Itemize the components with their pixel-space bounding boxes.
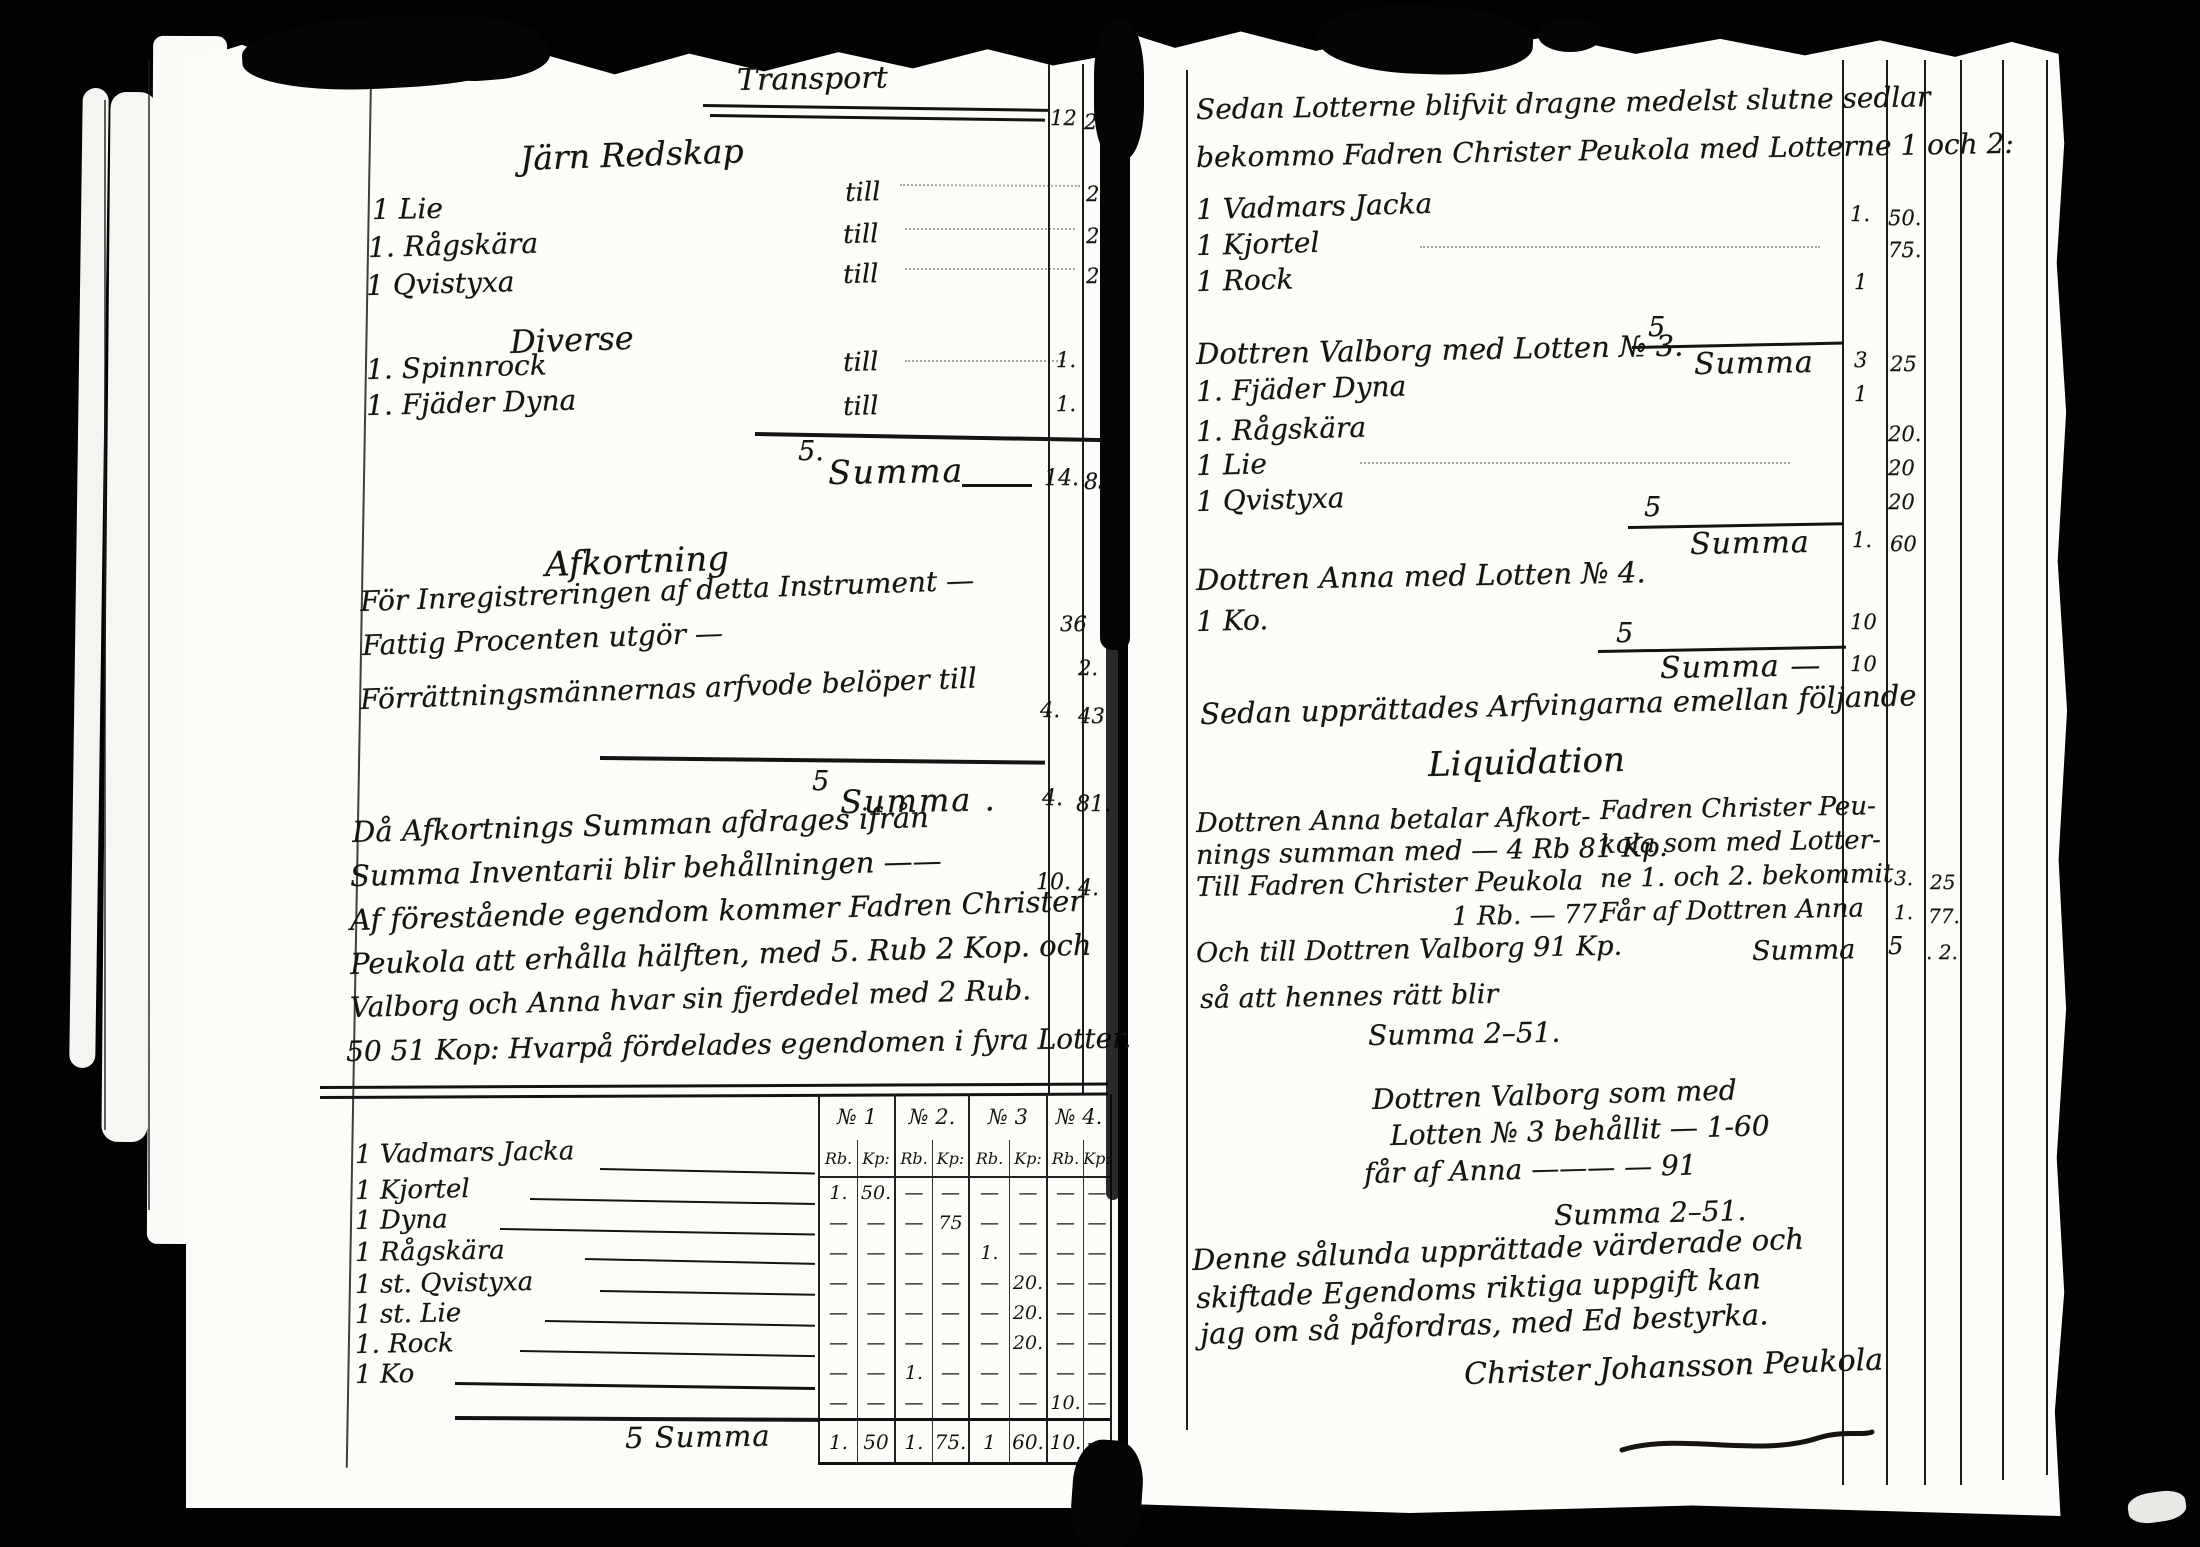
lot-cell: — [933,1298,970,1328]
lot-cell: — [896,1298,933,1328]
summa-kop: 25 [1890,354,1917,375]
transport-rub: 12 [1050,108,1077,129]
lot-cell: — [858,1208,896,1238]
lot-cell: 50. [858,1178,896,1208]
inventory-item-name: 1. Rågskära [368,230,539,262]
lot-cell: — [820,1328,858,1358]
lot-cell: — [1048,1208,1084,1238]
inventory-item-till: till [845,179,881,206]
lot-cell: — [1010,1238,1048,1268]
summa-prefix: 5 [1616,620,1633,647]
lot-subheader: Rb. [970,1140,1010,1178]
lot-subheader: Rb. [1048,1140,1084,1178]
liquidation-left-line: nings summan med — 4 Rb 81 Kp. [1196,834,1668,869]
lot-row-label: 1 st. Lie [355,1300,462,1328]
lot-cell: — [858,1238,896,1268]
gutter-shadow [1106,640,1120,1200]
lot-cell: — [1048,1238,1084,1268]
lot-item-rub: 1 [1854,384,1867,405]
liquidation-right-line: Får af Dottren Anna [1600,895,1864,926]
lot-cell: — [970,1298,1010,1328]
lot-cell: — [896,1388,933,1418]
lot-table: № 1 № 2. № 3 № 4. Rb. Kp: Rb. Kp: Rb. Kp… [818,1094,1112,1465]
summa-label: Summa [1690,528,1810,560]
lot-cell: — [1010,1358,1048,1388]
summa-label: Summa [828,454,965,489]
liquidation-left-line: Och till Dottren Valborg 91 Kp. [1196,933,1622,967]
leader-line [1420,246,1820,248]
lot-cell: — [933,1358,970,1388]
lot-cell: — [1084,1358,1110,1388]
lot-column-header: № 1 [820,1094,896,1140]
lot-item-name: 1 Ko. [1196,606,1269,636]
page-edge-crease [148,60,150,1210]
inventory-item-till: till [843,221,879,248]
lot-cell: — [1084,1298,1110,1328]
lot-cell: 20. [1010,1328,1048,1358]
liquidation-right-line: Summa [1752,936,1856,965]
lot-cell: — [1084,1328,1110,1358]
lot-cell: 10. [1048,1388,1084,1418]
lot-cell: 1. [820,1178,858,1208]
lot-subheader: Kp: [933,1140,970,1178]
liquidation-left-line: Dottren Anna betalar Afkort- [1196,803,1591,837]
summa-prefix: 5. [798,438,824,465]
lot-cell: — [858,1328,896,1358]
lot-cell: — [858,1298,896,1328]
lot-cell: — [820,1268,858,1298]
lot-cell: — [1048,1298,1084,1328]
money-column-rule [1886,60,1888,1485]
lot-summa-cell: 10. [1048,1418,1084,1462]
inventory-item-name: 1 Lie [372,195,443,224]
lot-cell: — [896,1268,933,1298]
liquidation-kop: . 2. [1926,942,1958,962]
lot-cell: 75 [933,1208,970,1238]
page-edge-crease [104,100,106,1130]
afkortning-row-kop: 36 [1060,614,1087,635]
lot-item-kop: 20 [1888,492,1915,513]
lot-column-header: № 2. [896,1094,970,1140]
table-summa-label: 5 Summa [625,1421,771,1453]
lot-item-kop: 20. [1888,424,1921,445]
lot-item-name: 1 Qvistyxa [1196,484,1345,516]
lot-cell: — [896,1328,933,1358]
liquidation-left-line: Till Fadren Christer Peukola [1196,867,1583,901]
lot-cell: — [820,1358,858,1388]
lot-cell: — [970,1268,1010,1298]
white-speck [2126,1488,2188,1526]
summa-rub: 1. [1852,530,1872,551]
inventory-item-rub: 1. [1056,394,1076,415]
summa-prefix: 5 [1644,494,1661,521]
lot-row-label: 1 Ko [355,1361,415,1388]
lot-cell: — [858,1268,896,1298]
lot-cell: 20. [1010,1298,1048,1328]
lot-cell: — [970,1208,1010,1238]
liquidation-right-line: ne 1. och 2. bekommit [1600,861,1894,892]
lot-cell: — [970,1358,1010,1388]
lot-cell: — [1010,1388,1048,1418]
afkortning-row-kop: 43 [1078,706,1105,727]
lot-item-name: 1. Rågskära [1196,414,1367,446]
gutter-shadow [1068,1438,1146,1547]
lot-item-name: 1 Kjortel [1196,229,1320,260]
lot-cell: — [933,1388,970,1418]
lot-cell: — [933,1268,970,1298]
liquidation-left-line: 1 Rb. — 77. [1452,901,1606,930]
inventory-item-rub: 1. [1056,350,1076,371]
lot-item-name: 1 Lie [1196,450,1268,480]
lot-cell: — [1010,1208,1048,1238]
valborg-settlement-line: får af Anna ——— — 91 [1364,1151,1697,1188]
lot-item-rub: 1 [1854,272,1867,293]
lot-cell: — [933,1238,970,1268]
liquidation-right-line: kola som med Lotter- [1600,827,1881,858]
inventory-item-name: 1 Qvistyxa [366,268,515,300]
inventory-item-till: till [843,349,879,376]
lot-column-header: № 3 [970,1094,1048,1140]
transport-label: Transport [737,63,888,96]
lot-cell: — [820,1208,858,1238]
lot-cell: — [1084,1238,1110,1268]
lot-cell: — [820,1238,858,1268]
lot-item-name: 1 Vadmars Jacka [1196,190,1433,224]
leader-line [905,268,1075,270]
lot-item-rub: 1. [1850,204,1870,225]
lot-cell: — [1048,1268,1084,1298]
money-column-rule [1842,60,1844,1485]
lot-subheader: Kp: [1010,1140,1048,1178]
inventory-item-till: till [843,261,879,288]
lot-item-kop: 20 [1888,458,1915,479]
inventory-item-name: 1. Spinnrock [366,351,547,384]
lot-cell: — [933,1178,970,1208]
lot-row-label: 1 st. Qvistyxa [355,1269,534,1298]
lot-summa-cell: 1. [896,1418,933,1462]
lot-cell: — [858,1388,896,1418]
summa-label: Summa — [1660,651,1822,684]
lot-cell: — [1010,1178,1048,1208]
lot-cell: 20. [1010,1268,1048,1298]
lot-row-label: 1 Vadmars Jacka [355,1138,575,1168]
afkortning-row-rub: 4. [1040,700,1060,721]
inventory-item-name: 1. Fjäder Dyna [366,387,577,420]
lot-item-rub: 10 [1850,612,1877,633]
scanned-document: Transport 12 25 Järn Redskap 1 Lie till … [0,0,2200,1547]
summa-label: Summa [1694,348,1814,380]
lot-item-name: 1 Rock [1196,265,1294,296]
liquidation-rub: 5 [1888,934,1903,958]
leader-line [905,360,1065,362]
lot-cell: — [1048,1178,1084,1208]
summa-rub: 14. [1044,468,1079,490]
ink-blot [1538,18,1602,52]
lot-cell: 1. [970,1238,1010,1268]
leader-line [1360,462,1790,464]
lot-row-label: 1 Dyna [355,1206,448,1234]
afkortning-row-kop: 2. [1078,658,1098,679]
lot-row-label: 1 Kjortel [355,1176,470,1204]
margin-rule [1186,70,1188,1430]
liquidation-title: Liquidation [1428,743,1626,782]
lot-summa-cell: 60. [1010,1418,1048,1462]
lot-cell: — [896,1238,933,1268]
liquidation-kop: 25 [1930,872,1955,892]
lot-row-label: 1 Rågskära [355,1237,505,1266]
summa-rub: 3 [1854,350,1867,371]
heir-heading: Dottren Valborg med Lotten № 3. [1196,331,1684,369]
lot-column-header: № 4. [1048,1094,1110,1140]
lot-cell: — [1048,1358,1084,1388]
gutter-shadow [1100,30,1130,650]
liquidation-kop: 77. [1928,906,1960,926]
lot-cell: — [970,1388,1010,1418]
liquidation-right-line: Fadren Christer Peu- [1600,793,1876,824]
lot-cell: — [896,1178,933,1208]
liquidation-left-line: så att hennes rätt blir [1200,981,1499,1013]
summa-kop: 60 [1890,534,1917,555]
heir-heading: Dottren Anna med Lotten № 4. [1196,558,1646,595]
section-heading-tools: Järn Redskap [519,134,744,175]
money-column-rule [1960,60,1962,1485]
lot-subheader: Kp: [858,1140,896,1178]
lot-cell: — [820,1388,858,1418]
money-column-rule [2046,60,2048,1475]
liquidation-rub: 3. [1894,868,1913,888]
summa-rub: 4. [1042,788,1063,810]
lot-summa-cell: 1. [820,1418,858,1462]
lot-cell: — [820,1298,858,1328]
lot-item-kop: 50. [1888,208,1921,229]
summa-prefix: 5 [812,768,829,795]
lot-cell: — [896,1208,933,1238]
lot-cell: — [970,1328,1010,1358]
lot-item-kop: 75. [1888,240,1921,261]
lot-summa-cell: 1 [970,1418,1010,1462]
lot-cell: — [933,1328,970,1358]
lot-subheader: Rb. [820,1140,858,1178]
lot-summa-cell: 75. [933,1418,970,1462]
liquidation-left-line: Summa 2–51. [1368,1019,1561,1050]
lot-cell: 1. [896,1358,933,1388]
lot-summa-cell: 50 [858,1418,896,1462]
lot-subheader: Rb. [896,1140,933,1178]
lot-cell: — [1048,1328,1084,1358]
lot-cell: — [970,1178,1010,1208]
money-column-rule [2002,60,2004,1480]
lot-cell: — [1084,1268,1110,1298]
lot-cell: — [1084,1388,1110,1418]
signature-flourish [1618,1420,1878,1464]
lot-cell: — [1084,1208,1110,1238]
summa-dash [962,484,1032,487]
lot-row-label: 1. Rock [355,1330,454,1358]
lot-cell: — [858,1358,896,1388]
liquidation-rub: 1. [1894,902,1913,922]
leader-line [905,228,1075,230]
inventory-item-till: till [843,393,879,420]
lot-item-name: 1. Fjäder Dyna [1196,373,1407,406]
money-column-rule [1924,60,1926,1485]
summa-rub: 10 [1850,654,1877,675]
